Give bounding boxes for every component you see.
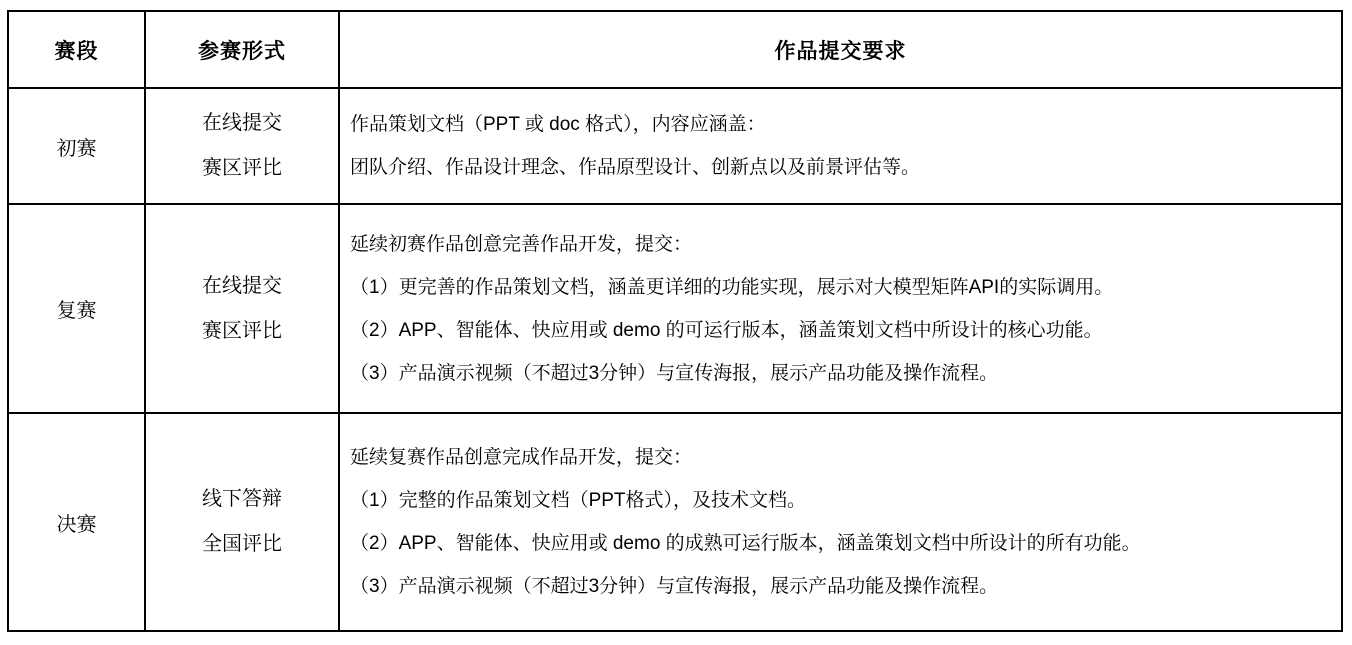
requirement-line: （1）更完善的作品策划文档，涵盖更详细的功能实现，展示对大模型矩阵API的实际调… (350, 266, 1329, 309)
requirement-line: （2）APP、智能体、快应用或 demo 的可运行版本，涵盖策划文档中所设计的核… (350, 309, 1329, 352)
competition-stages-table: 赛段 参赛形式 作品提交要求 初赛 在线提交 赛区评比 作品策划文档（PPT 或… (7, 10, 1343, 632)
format-line: 在线提交 (202, 264, 282, 309)
format-line: 赛区评比 (202, 146, 282, 191)
header-format-label: 参赛形式 (198, 35, 286, 65)
page-background: 赛段 参赛形式 作品提交要求 初赛 在线提交 赛区评比 作品策划文档（PPT 或… (0, 0, 1352, 645)
format-line: 线下答辩 (202, 477, 282, 522)
header-requirements: 作品提交要求 (340, 12, 1341, 89)
format-line: 赛区评比 (202, 309, 282, 354)
format-line: 在线提交 (202, 101, 282, 146)
header-format: 参赛形式 (146, 12, 340, 89)
format-cell-final: 线下答辩 全国评比 (146, 414, 340, 630)
format-line: 全国评比 (202, 522, 282, 567)
requirement-line: （2）APP、智能体、快应用或 demo 的成熟可运行版本，涵盖策划文档中所设计… (350, 522, 1329, 565)
header-stage: 赛段 (9, 12, 146, 89)
requirements-cell-final: 延续复赛作品创意完成作品开发，提交： （1）完整的作品策划文档（PPT格式），及… (340, 414, 1341, 630)
requirement-line: （3）产品演示视频（不超过3分钟）与宣传海报，展示产品功能及操作流程。 (350, 352, 1329, 395)
requirement-line: 延续复赛作品创意完成作品开发，提交： (350, 436, 1329, 479)
requirement-line: （3）产品演示视频（不超过3分钟）与宣传海报，展示产品功能及操作流程。 (350, 565, 1329, 608)
requirements-cell-preliminary: 作品策划文档（PPT 或 doc 格式），内容应涵盖： 团队介绍、作品设计理念、… (340, 89, 1341, 205)
requirement-line: （1）完整的作品策划文档（PPT格式），及技术文档。 (350, 479, 1329, 522)
header-requirements-label: 作品提交要求 (775, 35, 907, 65)
header-stage-label: 赛段 (55, 35, 99, 65)
stage-label: 决赛 (57, 508, 97, 537)
requirements-cell-semifinal: 延续初赛作品创意完善作品开发，提交： （1）更完善的作品策划文档，涵盖更详细的功… (340, 205, 1341, 414)
stage-cell-preliminary: 初赛 (9, 89, 146, 205)
requirement-line: 延续初赛作品创意完善作品开发，提交： (350, 223, 1329, 266)
stage-label: 初赛 (57, 132, 97, 161)
stage-label: 复赛 (57, 294, 97, 323)
requirement-line: 作品策划文档（PPT 或 doc 格式），内容应涵盖： (350, 103, 1329, 146)
stage-cell-final: 决赛 (9, 414, 146, 630)
format-cell-preliminary: 在线提交 赛区评比 (146, 89, 340, 205)
requirement-line: 团队介绍、作品设计理念、作品原型设计、创新点以及前景评估等。 (350, 146, 1329, 189)
stage-cell-semifinal: 复赛 (9, 205, 146, 414)
format-cell-semifinal: 在线提交 赛区评比 (146, 205, 340, 414)
